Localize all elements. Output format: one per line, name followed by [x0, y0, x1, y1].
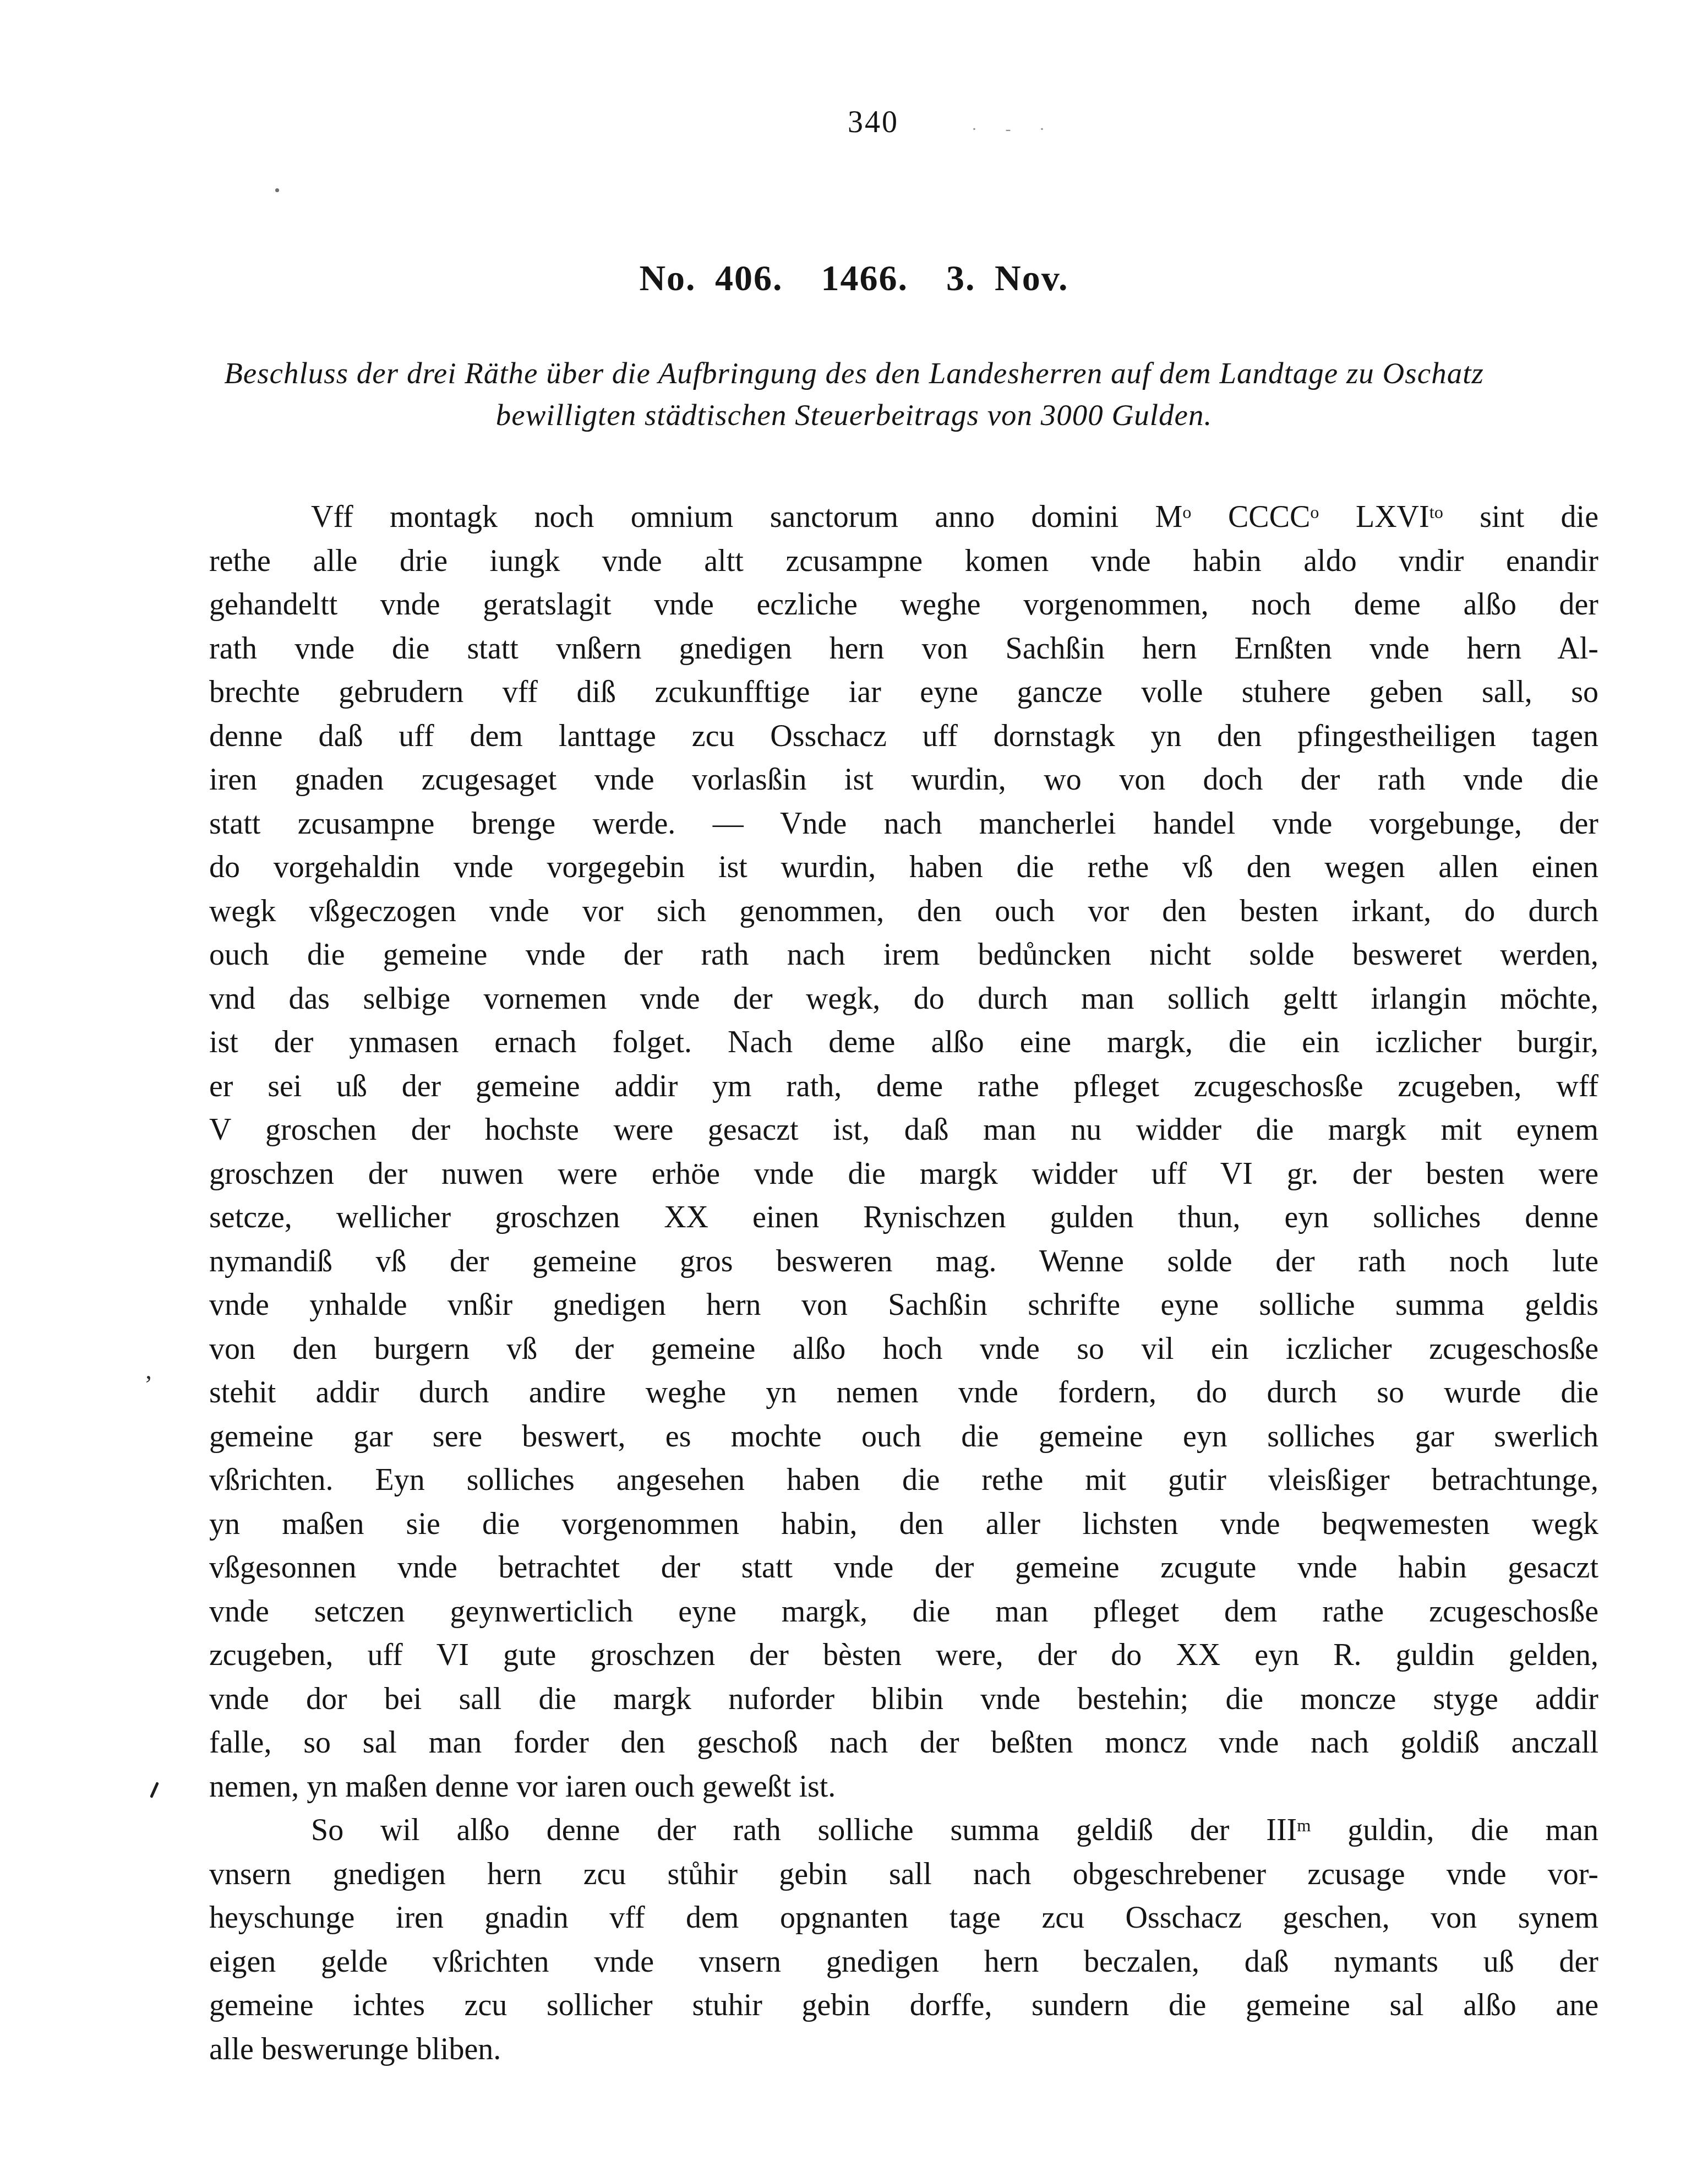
body-text-line: V groschen der hochste were gesaczt ist,…: [209, 1108, 1598, 1152]
scan-artifact: · ‐ ·: [972, 120, 1057, 139]
page-number: 340: [0, 105, 1708, 140]
body-text-line: gemeine ichtes zcu sollicher stuhir gebi…: [209, 1984, 1598, 2028]
body-text-line: falle, so sal man forder den geschoß nac…: [209, 1721, 1598, 1765]
body-text-line: setcze, wellicher groschzen XX einen Ryn…: [209, 1196, 1598, 1240]
body-text-line: heyschunge iren gnadin vff dem opgnanten…: [209, 1896, 1598, 1940]
body-text-line: eigen gelde vßrichten vnde vnsern gnedig…: [209, 1940, 1598, 1984]
body-text-line: vßgesonnen vnde betrachtet der statt vnd…: [209, 1546, 1598, 1590]
page-number-text: 340: [848, 105, 899, 140]
body-text-line: von den burgern vß der gemeine alßo hoch…: [209, 1327, 1598, 1372]
body-text-line: statt zcusampne brenge werde. — Vnde nac…: [209, 802, 1598, 846]
body-text-line: brechte gebrudern vff diß zcukunfftige i…: [209, 671, 1598, 715]
body-text-line: Vff montagk noch omnium sanctorum anno d…: [209, 496, 1598, 540]
document-heading: No. 406. 1466. 3. Nov.: [0, 258, 1708, 300]
body-text-line: stehit addir durch andire weghe yn nemen…: [209, 1371, 1598, 1415]
body-text-line: yn maßen sie die vorgenommen habin, den …: [209, 1503, 1598, 1547]
document-body: Vff montagk noch omnium sanctorum anno d…: [209, 496, 1598, 2071]
summary-line: bewilligten städtischen Steuerbeitrags v…: [132, 394, 1576, 436]
body-text-line: ist der ynmasen ernach folget. Nach deme…: [209, 1021, 1598, 1065]
body-text-line: do vorgehaldin vnde vorgegebin ist wurdi…: [209, 846, 1598, 890]
body-text-line: So wil alßo denne der rath solliche summ…: [209, 1809, 1598, 1853]
body-text-line: ouch die gemeine vnde der rath nach irem…: [209, 933, 1598, 977]
paragraph: So wil alßo denne der rath solliche summ…: [209, 1809, 1598, 2071]
scanned-document-page: 340 · ‐ · ’ No. 406. 1466. 3. Nov. Besch…: [0, 0, 1708, 2182]
body-text-line: gehandeltt vnde geratslagit vnde eczlich…: [209, 583, 1598, 627]
body-text-line: alle beswerunge bliben.: [209, 2028, 1598, 2072]
body-text-line: gemeine gar sere beswert, es mochte ouch…: [209, 1415, 1598, 1459]
document-summary: Beschluss der drei Räthe über die Aufbri…: [132, 352, 1576, 436]
body-text-line: zcugeben, uff VI gute groschzen der bèst…: [209, 1634, 1598, 1678]
body-text-line: iren gnaden zcugesaget vnde vorlasßin is…: [209, 758, 1598, 802]
body-text-line: rath vnde die statt vnßern gnedigen hern…: [209, 627, 1598, 671]
scan-artifact: [275, 188, 279, 192]
body-text-line: nymandiß vß der gemeine gros besweren ma…: [209, 1240, 1598, 1284]
body-text-line: vßrichten. Eyn solliches angesehen haben…: [209, 1459, 1598, 1503]
body-text-line: vnde ynhalde vnßir gnedigen hern von Sac…: [209, 1283, 1598, 1327]
body-text-line: vnde setczen geynwerticlich eyne margk, …: [209, 1590, 1598, 1634]
body-text-line: rethe alle drie iungk vnde altt zcusampn…: [209, 540, 1598, 584]
body-text-line: wegk vßgeczogen vnde vor sich genommen, …: [209, 890, 1598, 934]
body-text-line: er sei uß der gemeine addir ym rath, dem…: [209, 1065, 1598, 1109]
body-text-line: nemen, yn maßen denne vor iaren ouch gew…: [209, 1765, 1598, 1809]
scan-artifact: ’: [144, 1370, 152, 1399]
body-text-line: vnd das selbige vornemen vnde der wegk, …: [209, 977, 1598, 1021]
body-text-line: vnsern gnedigen hern zcu stůhir gebin sa…: [209, 1853, 1598, 1897]
summary-line: Beschluss der drei Räthe über die Aufbri…: [132, 352, 1576, 394]
body-text-line: denne daß uff dem lanttage zcu Osschacz …: [209, 715, 1598, 759]
body-text-line: groschzen der nuwen were erhöe vnde die …: [209, 1152, 1598, 1196]
body-text-line: vnde dor bei sall die margk nuforder bli…: [209, 1678, 1598, 1722]
scan-artifact: [150, 1782, 159, 1798]
paragraph: Vff montagk noch omnium sanctorum anno d…: [209, 496, 1598, 1809]
